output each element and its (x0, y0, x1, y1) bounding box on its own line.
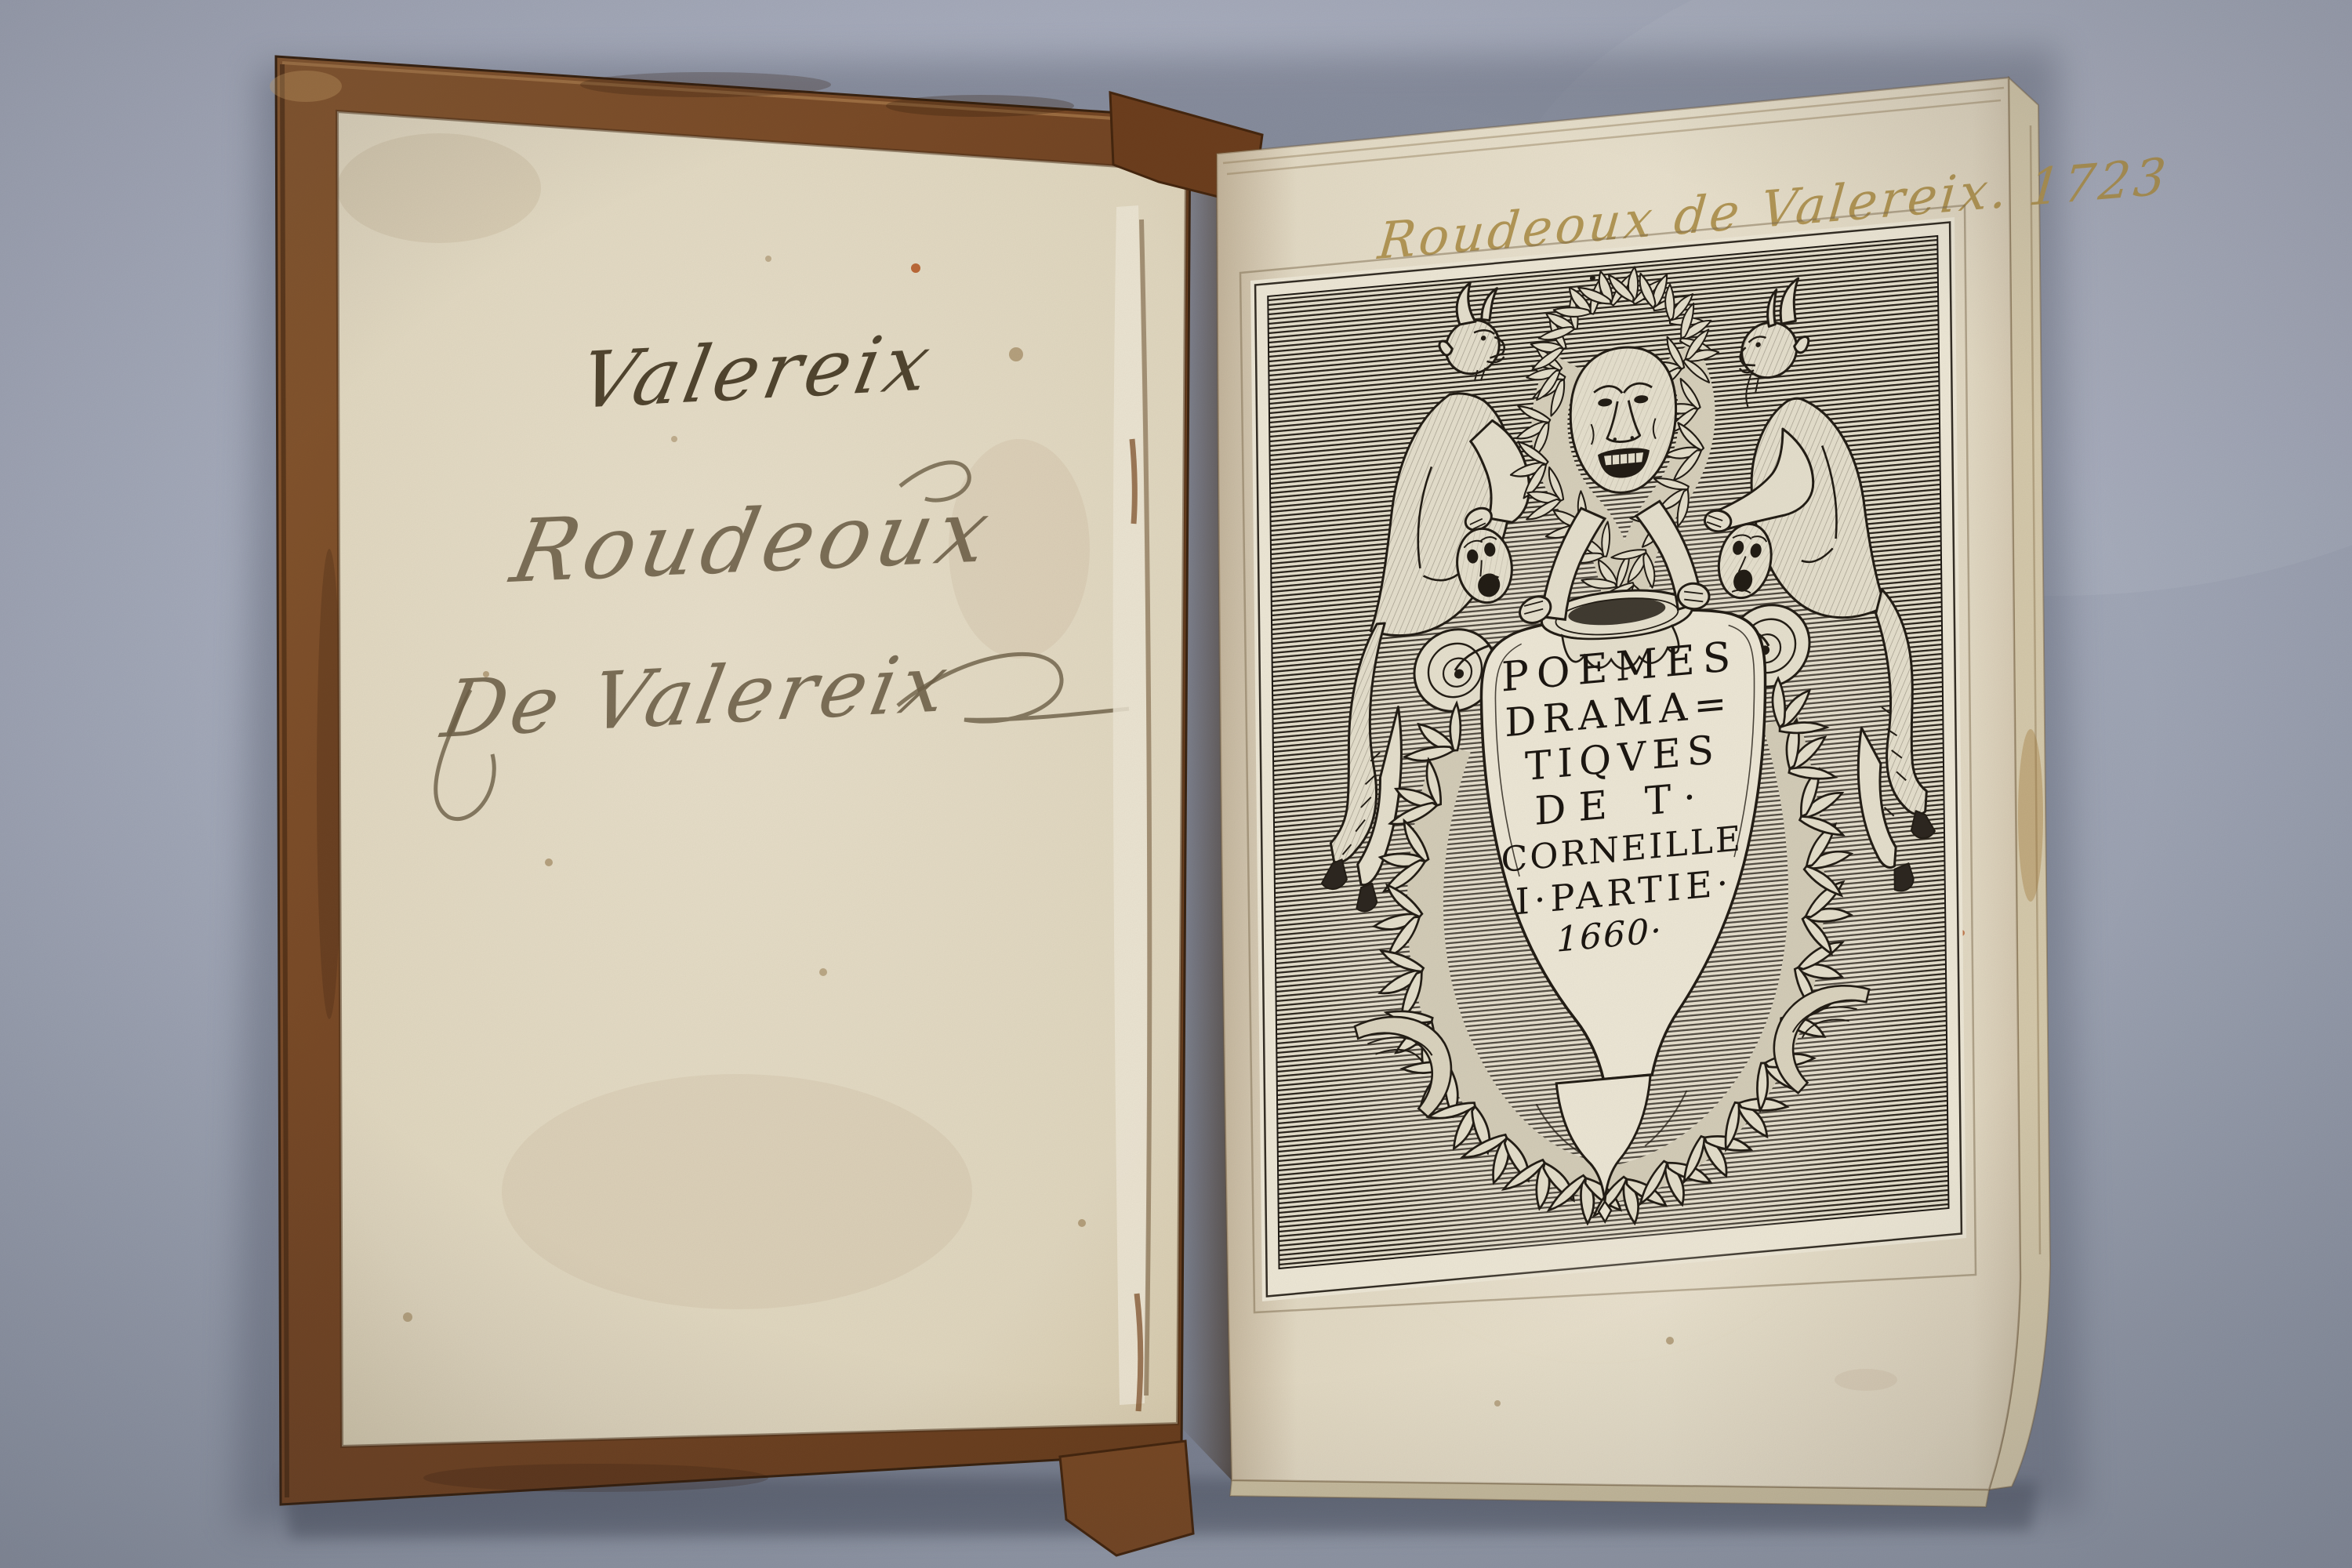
photo-antique-book: Valereix Roudeoux De Valereix (0, 0, 2352, 1568)
photo-grain (0, 0, 2352, 1568)
photo-canvas: Valereix Roudeoux De Valereix (0, 0, 2352, 1568)
